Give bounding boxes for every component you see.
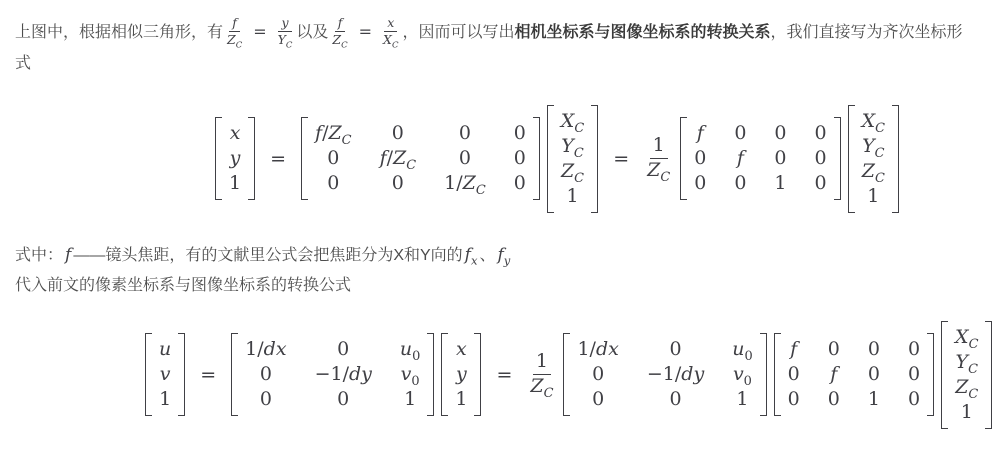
matrix: XCYCZC1 [941,321,992,429]
equals-operator: = [192,364,224,386]
matrix-cell: −1/dy [315,362,372,387]
matrix-cell: 0 [260,387,272,412]
left-bracket-glyph [215,117,222,200]
text-segment: ，因而可以写出 [402,24,514,41]
matrix-cell: 1 [404,387,416,412]
matrix-cell: 0 [828,387,840,412]
matrix-cell: 1 [229,171,241,196]
left-bracket-glyph [231,333,238,416]
matrix-cell: 0 [694,171,706,196]
matrix-grid: 1/dx0u00−1/dyv0001 [570,333,759,416]
matrix-grid: xy1 [222,117,248,200]
equals-operator: = [605,148,637,170]
text-segment: ，我们直接写为齐次坐标形 [770,24,962,41]
matrix-cell: x [230,121,241,146]
text-segment: 式 [15,55,31,72]
text-segment: 、 [479,247,495,264]
fraction-denominator: ZC [224,32,245,47]
matrix-cell: 1 [961,400,973,425]
math-fraction: 1ZC [644,135,673,182]
matrix-cell: y [456,362,467,387]
matrix-cell: 1 [455,387,467,412]
matrix: XCYCZC1 [848,105,899,213]
matrix-cell: 0 [868,337,880,362]
matrix: 1/dx0u00−1/dyv0001 [563,333,766,416]
matrix-cell: 0 [774,146,786,171]
matrix-cell: v [160,362,171,387]
math-fraction: 1ZC [527,351,556,398]
right-bracket-glyph [760,333,767,416]
fraction-denominator: ZC [644,159,673,182]
matrix-cell: 0 [327,146,339,171]
matrix-grid: XCYCZC1 [948,321,985,429]
matrix: f0000f000010 [680,117,840,200]
matrix-cell: 0 [815,146,827,171]
intro-paragraph: 上图中，根据相似三角形，有fZC=yYC以及fZC=xXC，因而可以写出相机坐标… [15,17,990,79]
fraction-numerator: f [229,16,240,32]
matrix-cell: YC [862,134,884,159]
right-bracket-glyph [248,117,255,200]
matrix-cell: 1/ZC [444,171,486,196]
right-bracket-glyph [533,117,540,200]
matrix-grid: uv1 [152,333,178,416]
matrix-cell: y [230,146,241,171]
matrix-cell: 0 [592,387,604,412]
matrix-cell: f [830,362,837,387]
matrix-cell: 1 [566,184,578,209]
equals-operator: = [246,22,273,41]
right-bracket-glyph [427,333,434,416]
matrix-cell: 0 [694,146,706,171]
inline-math: f [65,245,71,265]
text-segment: ——镜头焦距，有的文献里公式会把焦距分为X和Y向的 [73,247,462,264]
matrix-cell: 1 [159,387,171,412]
left-bracket-glyph [941,321,948,429]
matrix-cell: 0 [514,121,526,146]
math-fraction: yYC [275,16,296,48]
matrix-cell: 0 [459,121,471,146]
matrix-cell: 1 [868,387,880,412]
equals-operator: = [262,148,294,170]
matrix-cell: 1 [774,171,786,196]
matrix-cell: 0 [734,171,746,196]
inline-math: fy [498,245,511,265]
fraction-numerator: y [278,16,291,32]
matrix-cell: 0 [828,337,840,362]
matrix-cell: 0 [908,337,920,362]
right-bracket-glyph [178,333,185,416]
article-content: 上图中，根据相似三角形，有fZC=yYC以及fZC=xXC，因而可以写出相机坐标… [0,0,997,429]
matrix-cell: 1/dx [245,337,286,362]
matrix-cell: f [737,146,744,171]
matrix-cell: 0 [908,387,920,412]
fraction-denominator: YC [275,32,296,47]
left-bracket-glyph [145,333,152,416]
substitution-note: 代入前文的像素坐标系与图像坐标系的转换公式 [15,271,990,301]
right-bracket-glyph [892,105,899,213]
fraction-numerator: f [335,16,346,32]
fraction-numerator: x [384,16,397,32]
matrix: uv1 [145,333,185,416]
right-bracket-glyph [834,117,841,200]
matrix: 1/dx0u00−1/dyv0001 [231,333,434,416]
matrix-grid: 1/dx0u00−1/dyv0001 [238,333,427,416]
fraction-numerator: 1 [533,351,551,375]
matrix-grid: xy1 [448,333,474,416]
matrix-cell: YC [956,350,978,375]
matrix: xy1 [215,117,255,200]
left-bracket-glyph [563,333,570,416]
matrix-cell: 0 [260,362,272,387]
matrix-grid: f0000f000010 [687,117,833,200]
matrix-cell: 0 [514,171,526,196]
matrix-cell: 0 [868,362,880,387]
text-segment: 式中： [15,247,63,264]
matrix-cell: 0 [908,362,920,387]
matrix-cell: 0 [337,387,349,412]
left-bracket-glyph [774,333,781,416]
equation-pixel-camera: uv1=1/dx0u00−1/dyv0001xy1=1ZC1/dx0u00−1/… [145,321,992,429]
fraction-numerator: 1 [650,135,668,159]
matrix-grid: f/ZC0000f/ZC00001/ZC0 [308,117,533,200]
fraction-denominator: ZC [527,375,556,398]
matrix-cell: 0 [815,121,827,146]
fraction-denominator: ZC [329,32,350,47]
matrix-cell: 0 [327,171,339,196]
matrix-grid: f0000f000010 [781,333,927,416]
matrix-cell: u0 [732,337,752,362]
text-segment: 以及 [296,24,328,41]
matrix-cell: XC [955,325,978,350]
left-bracket-glyph [547,105,554,213]
focal-length-note: 式中：f——镜头焦距，有的文献里公式会把焦距分为X和Y向的fx、fy [15,240,990,271]
matrix-cell: x [456,337,467,362]
matrix-cell: 0 [337,337,349,362]
matrix-cell: 0 [815,171,827,196]
fraction-denominator: XC [380,32,401,47]
matrix-cell: 0 [734,121,746,146]
left-bracket-glyph [301,117,308,200]
math-fraction: fZC [329,16,350,48]
matrix-cell: u0 [400,337,420,362]
matrix-cell: 0 [788,362,800,387]
left-bracket-glyph [680,117,687,200]
math-fraction: fZC [224,16,245,48]
matrix-grid: XCYCZC1 [855,105,892,213]
matrix-cell: ZC [561,159,584,184]
matrix-cell: 0 [669,387,681,412]
matrix-cell: −1/dy [647,362,704,387]
matrix-cell: 0 [669,337,681,362]
matrix-cell: XC [561,109,584,134]
matrix-cell: YC [561,134,583,159]
bold-text-segment: 相机坐标系与图像坐标系的转换关系 [514,24,770,41]
matrix-cell: f/ZC [380,146,417,171]
matrix-cell: f [697,121,704,146]
matrix-cell: XC [862,109,885,134]
matrix: f/ZC0000f/ZC00001/ZC0 [301,117,540,200]
matrix-cell: ZC [862,159,885,184]
matrix-cell: 1/dx [577,337,618,362]
equals-operator: = [488,364,520,386]
matrix-cell: 1 [736,387,748,412]
matrix: XCYCZC1 [547,105,598,213]
right-bracket-glyph [474,333,481,416]
matrix-cell: v0 [733,362,752,387]
matrix-cell: 1 [867,184,879,209]
matrix-cell: 0 [514,146,526,171]
right-bracket-glyph [985,321,992,429]
left-bracket-glyph [848,105,855,213]
matrix-cell: 0 [774,121,786,146]
right-bracket-glyph [591,105,598,213]
math-fraction: xXC [380,16,401,48]
matrix: xy1 [441,333,481,416]
matrix-cell: 0 [459,146,471,171]
equals-operator: = [352,22,379,41]
matrix-cell: ZC [955,375,978,400]
matrix-cell: u [159,337,171,362]
right-bracket-glyph [927,333,934,416]
matrix-cell: 0 [788,387,800,412]
text-segment: 上图中，根据相似三角形，有 [15,24,223,41]
left-bracket-glyph [441,333,448,416]
matrix-cell: v0 [401,362,420,387]
matrix-grid: XCYCZC1 [554,105,591,213]
matrix: f0000f000010 [774,333,934,416]
inline-math: fx [465,245,478,265]
matrix-cell: f/ZC [315,121,352,146]
matrix-cell: 0 [592,362,604,387]
matrix-cell: 0 [392,171,404,196]
matrix-cell: 0 [392,121,404,146]
equation-camera-image: xy1=f/ZC0000f/ZC00001/ZC0XCYCZC1=1ZCf000… [215,105,899,213]
matrix-cell: f [790,337,797,362]
